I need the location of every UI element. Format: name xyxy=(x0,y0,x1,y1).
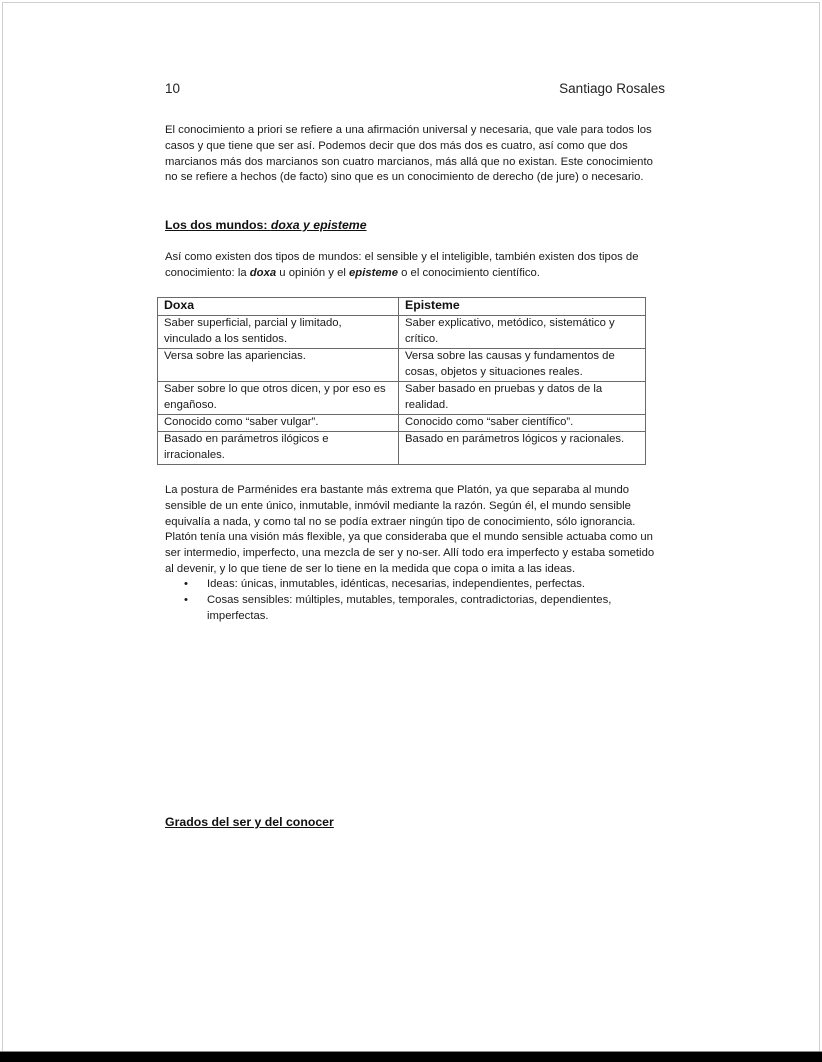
heading-grados: Grados del ser y del conocer xyxy=(165,815,334,829)
heading-two-worlds: Los dos mundos: doxa y episteme xyxy=(165,218,367,232)
bullet-list: • Ideas: únicas, inmutables, idénticas, … xyxy=(165,577,665,624)
table-row: Versa sobre las apariencias. Versa sobre… xyxy=(158,349,646,382)
bullet-icon: • xyxy=(184,593,188,609)
list-item-text: Ideas: únicas, inmutables, idénticas, ne… xyxy=(207,578,585,590)
paragraph-two-worlds: Así como existen dos tipos de mundos: el… xyxy=(165,250,665,282)
table-cell: Basado en parámetros ilógicos e irracion… xyxy=(158,432,399,465)
table-cell: Saber sobre lo que otros dicen, y por es… xyxy=(158,382,399,415)
table-cell: Versa sobre las causas y fundamentos de … xyxy=(399,349,646,382)
term-episteme: episteme xyxy=(349,267,398,279)
heading-two-worlds-italic: doxa y episteme xyxy=(271,218,367,232)
list-item: • Cosas sensibles: múltiples, mutables, … xyxy=(165,593,665,625)
table-row: Basado en parámetros ilógicos e irracion… xyxy=(158,432,646,465)
table-cell: Saber explicativo, metódico, sistemático… xyxy=(399,316,646,349)
table-cell: Versa sobre las apariencias. xyxy=(158,349,399,382)
bottom-black-band xyxy=(0,1051,822,1062)
table-cell: Saber superficial, parcial y limitado, v… xyxy=(158,316,399,349)
column-header-episteme: Episteme xyxy=(399,298,646,316)
author-name: Santiago Rosales xyxy=(559,81,665,96)
table-cell: Conocido como “saber vulgar”. xyxy=(158,415,399,432)
table-cell: Saber basado en pruebas y datos de la re… xyxy=(399,382,646,415)
list-item-text: Cosas sensibles: múltiples, mutables, te… xyxy=(207,594,611,622)
list-item: • Ideas: únicas, inmutables, idénticas, … xyxy=(165,577,665,593)
paragraph-parmenides: La postura de Parménides era bastante má… xyxy=(165,483,665,578)
term-doxa: doxa xyxy=(250,267,276,279)
doxa-episteme-table: Doxa Episteme Saber superficial, parcial… xyxy=(157,297,646,465)
text-run: o el conocimiento científico. xyxy=(398,267,540,279)
table-row: Conocido como “saber vulgar”. Conocido c… xyxy=(158,415,646,432)
bullet-icon: • xyxy=(184,577,188,593)
heading-two-worlds-plain: Los dos mundos: xyxy=(165,218,271,232)
table-row: Saber superficial, parcial y limitado, v… xyxy=(158,316,646,349)
page-number: 10 xyxy=(165,81,180,96)
paragraph-a-priori: El conocimiento a priori se refiere a un… xyxy=(165,123,665,186)
table-row: Saber sobre lo que otros dicen, y por es… xyxy=(158,382,646,415)
table-cell: Basado en parámetros lógicos y racionale… xyxy=(399,432,646,465)
text-run: u opinión y el xyxy=(276,267,349,279)
table-cell: Conocido como “saber científico”. xyxy=(399,415,646,432)
column-header-doxa: Doxa xyxy=(158,298,399,316)
table-header-row: Doxa Episteme xyxy=(158,298,646,316)
